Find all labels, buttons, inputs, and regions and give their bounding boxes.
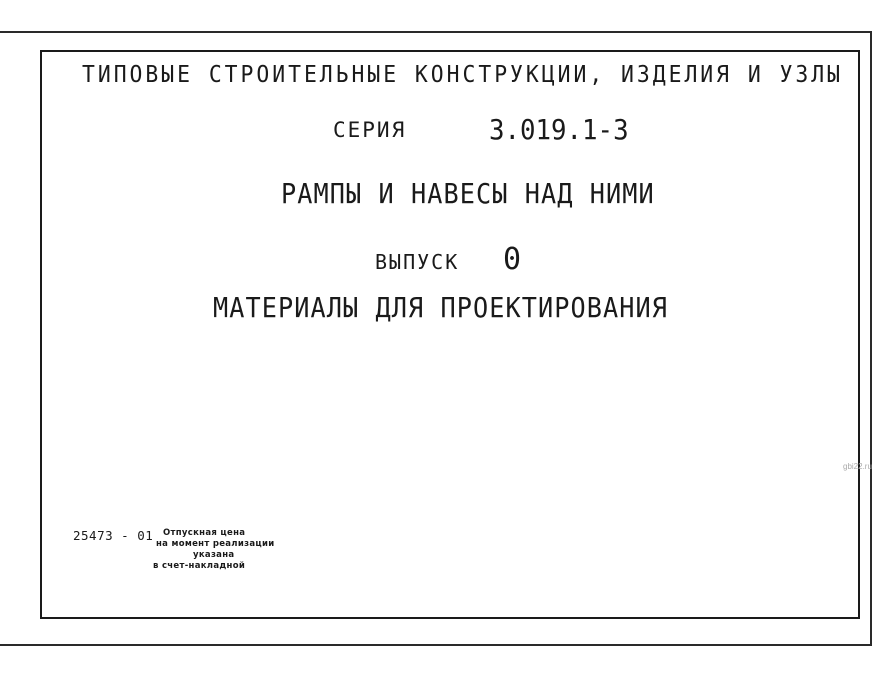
price-note-line: на момент реализации <box>153 539 283 550</box>
outer-frame-top <box>0 31 872 33</box>
series-label: СЕРИЯ <box>333 118 406 142</box>
outer-frame-right <box>870 31 872 646</box>
watermark: gbi22.ru <box>843 462 872 471</box>
outer-frame-bottom <box>0 644 872 646</box>
price-note-line: в счет-накладной <box>153 561 283 572</box>
document-subtitle: МАТЕРИАЛЫ ДЛЯ ПРОЕКТИРОВАНИЯ <box>213 291 668 324</box>
issue-label: ВЫПУСК <box>375 250 459 274</box>
issue-number: 0 <box>503 242 523 277</box>
document-header: ТИПОВЫЕ СТРОИТЕЛЬНЫЕ КОНСТРУКЦИИ, ИЗДЕЛИ… <box>82 62 843 88</box>
price-note: Отпускная цена на момент реализации указ… <box>153 528 283 572</box>
price-note-line: указана <box>153 550 283 561</box>
document-title: РАМПЫ И НАВЕСЫ НАД НИМИ <box>281 177 655 210</box>
series-number: 3.019.1-3 <box>489 113 629 146</box>
order-code: 25473 - 01 <box>73 528 153 543</box>
price-note-line: Отпускная цена <box>153 528 283 539</box>
